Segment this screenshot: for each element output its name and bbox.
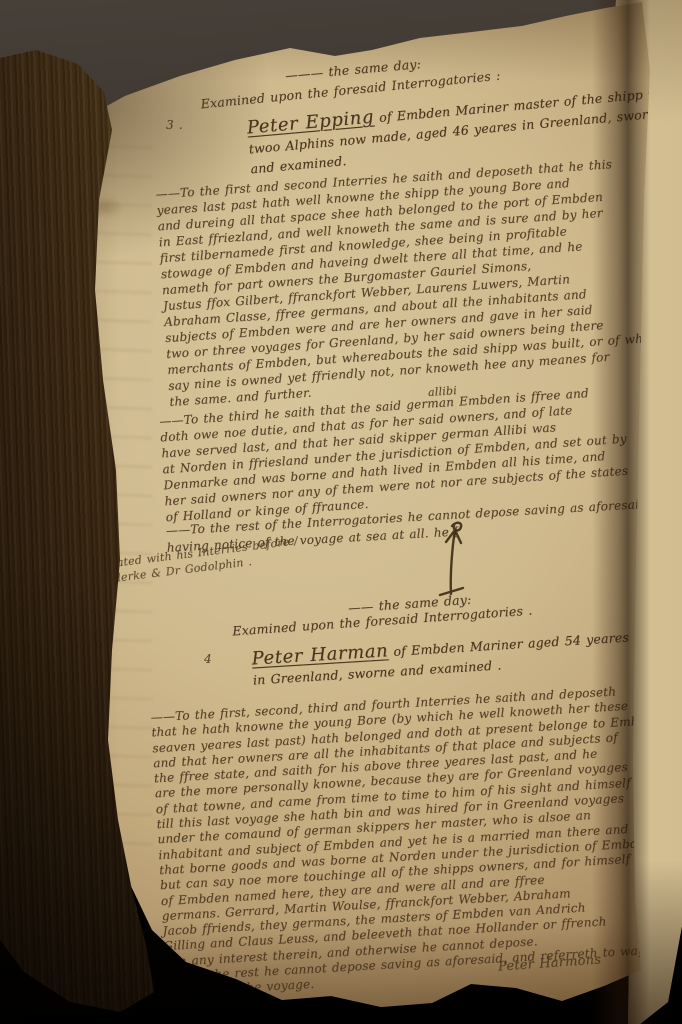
entry1-paragraph-first-second: ——To the first and second Interries he s… <box>155 154 658 410</box>
entry2-deponent-intro: Peter Harman of Embden Mariner aged 54 y… <box>251 627 631 691</box>
manuscript-photo: by Gray —— Lan · ——— the same day: Exami… <box>0 0 682 1024</box>
deponent-mark-icon <box>430 518 474 598</box>
entry1-margin-numeral: 3 . <box>166 118 183 132</box>
entry2-margin-numeral: 4 <box>204 652 212 666</box>
